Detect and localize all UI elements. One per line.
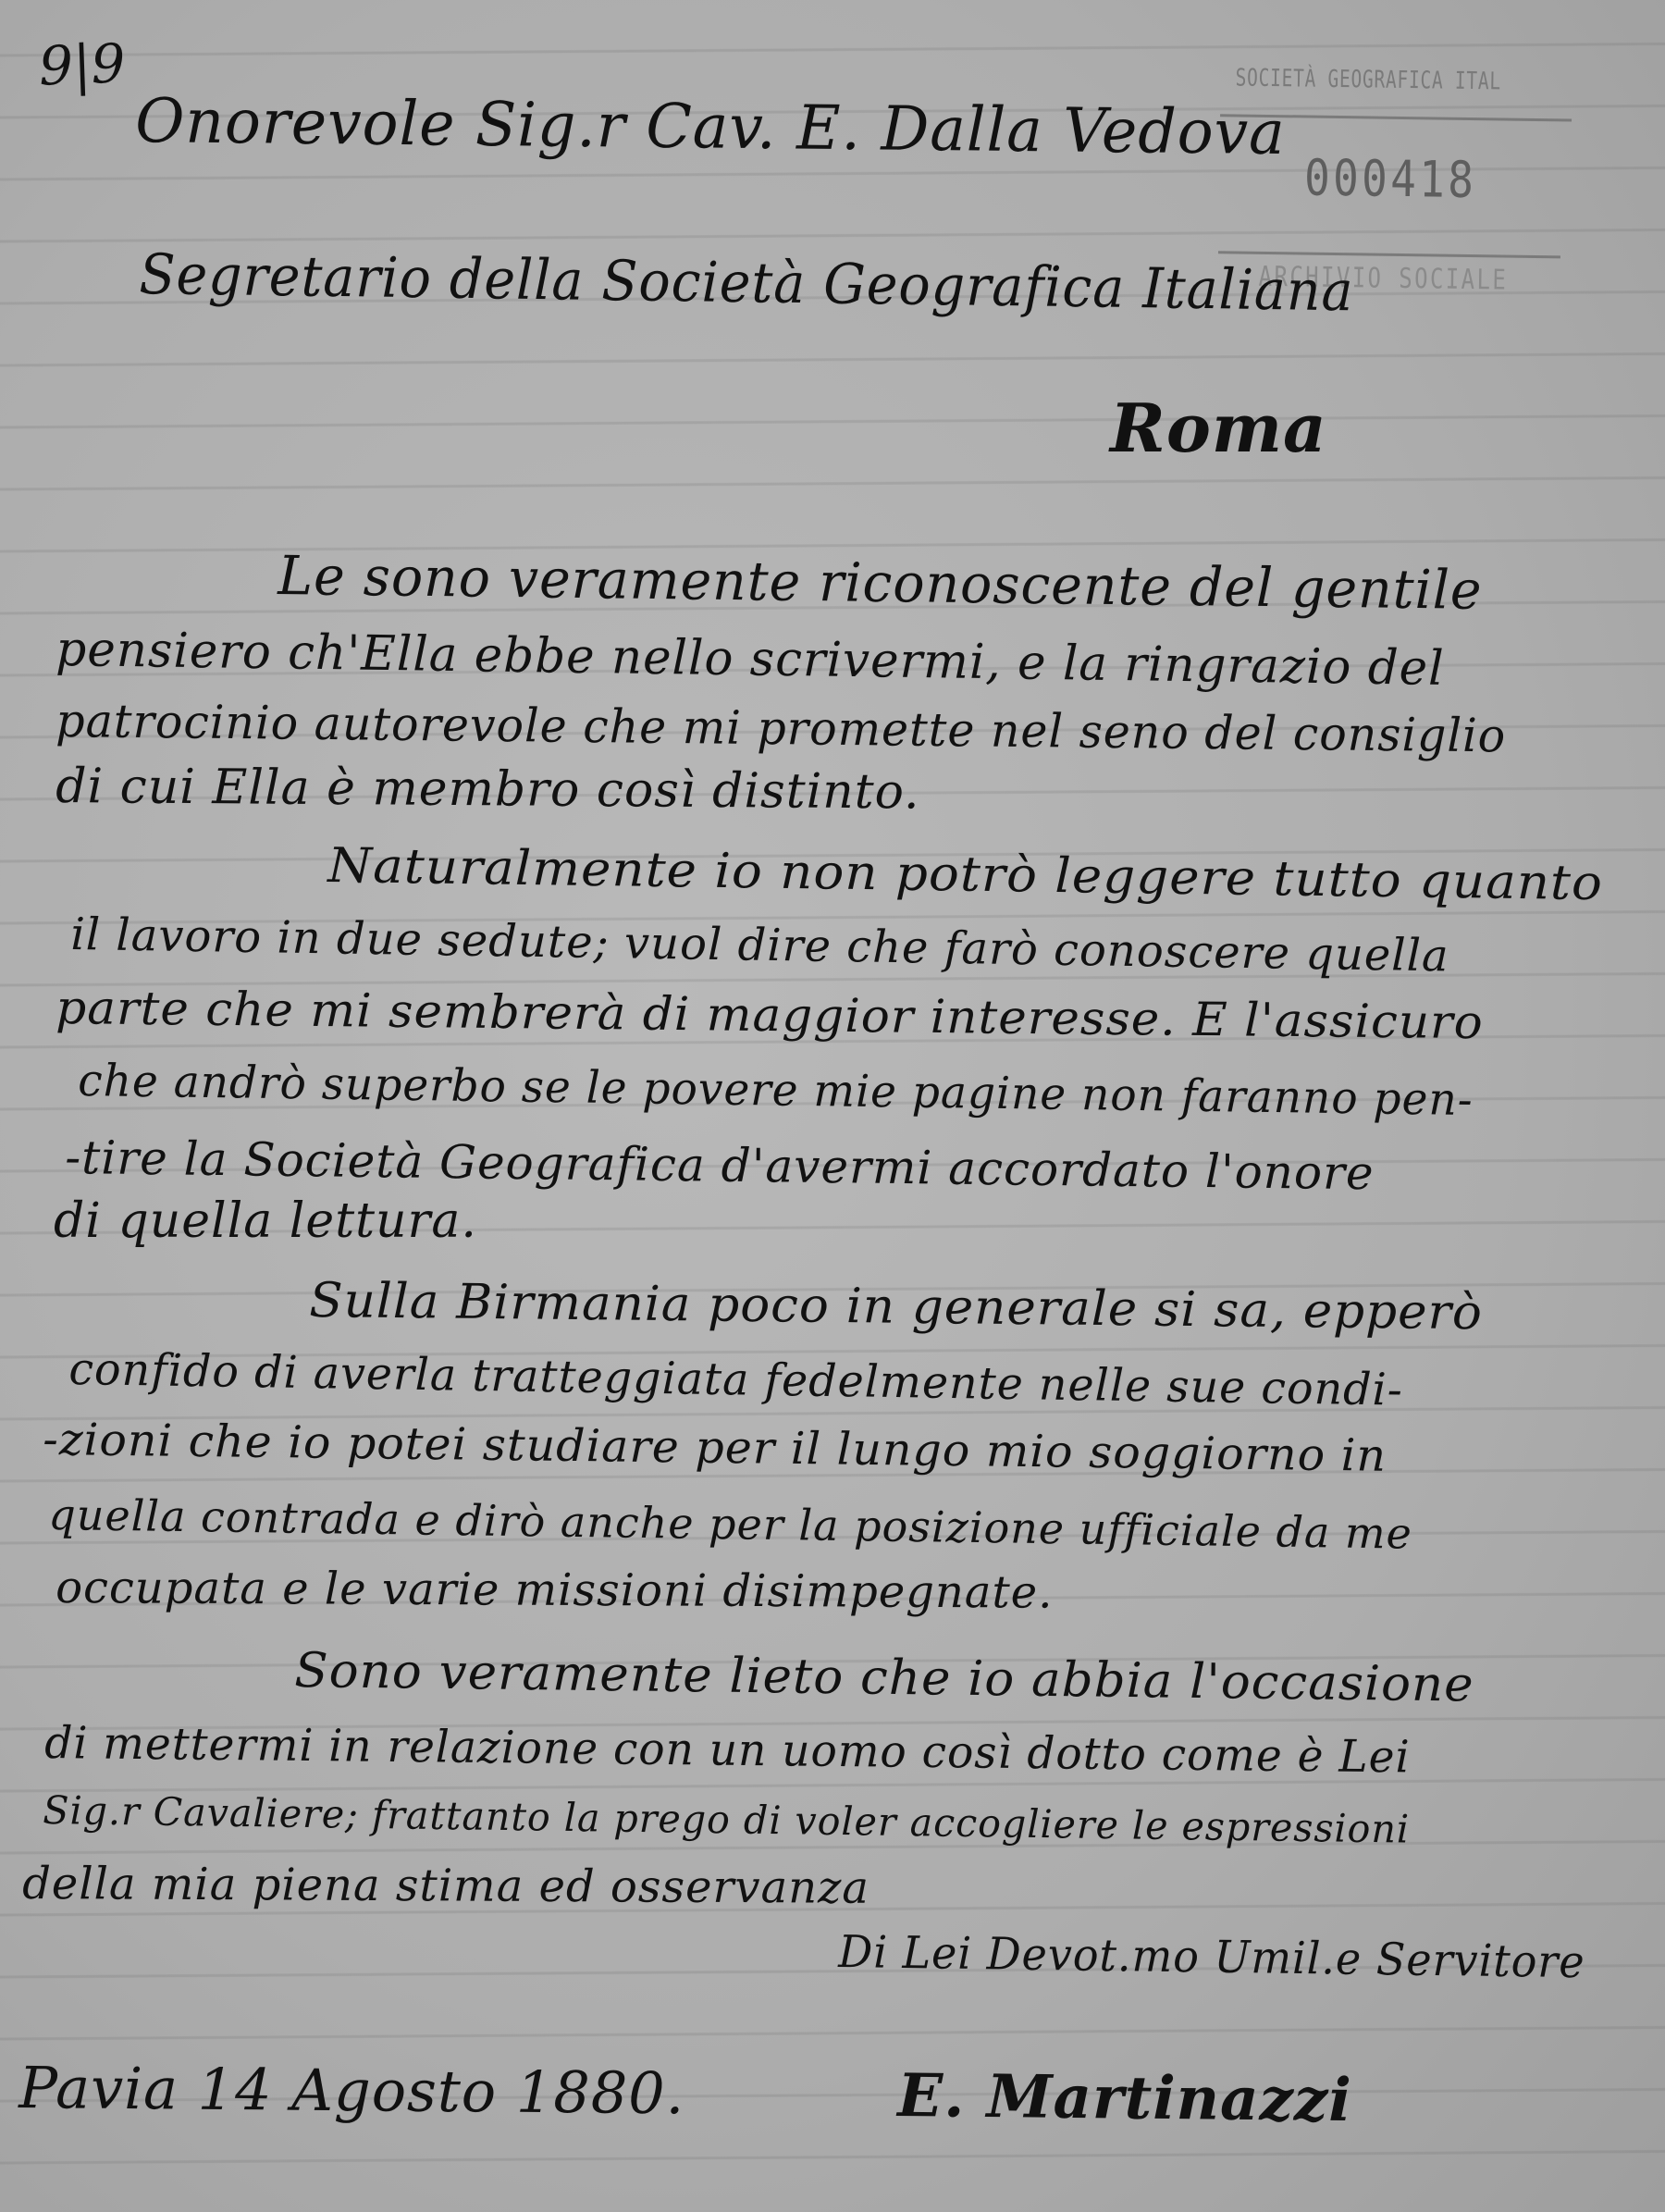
address-line-recipient: Onorevole Sig.r Cav. E. Dalla Vedova <box>135 85 1286 168</box>
valediction: Di Lei Devot.mo Umil.e Servitore <box>838 1926 1585 1988</box>
body-line: Le sono veramente riconoscente del genti… <box>277 544 1483 622</box>
body-line: che andrò superbo se le povere mie pagin… <box>78 1055 1474 1126</box>
body-line: della mia piena stima ed osservanza <box>22 1858 869 1914</box>
body-line: pensiero ch'Ella ebbe nello scrivermi, e… <box>55 622 1445 697</box>
body-line: il lavoro in due sedute; vuol dire che f… <box>70 908 1449 982</box>
body-line: parte che mi sembrerà di maggior interes… <box>55 981 1484 1049</box>
body-line: di quella lettura. <box>54 1193 477 1249</box>
body-line: Sulla Birmania poco in generale si sa, e… <box>309 1273 1483 1341</box>
body-line: di cui Ella è membro così distinto. <box>55 759 920 821</box>
body-line: Sig.r Cavaliere; frattanto la prego di v… <box>43 1787 1410 1852</box>
body-line: Naturalmente io non potrò leggere tutto … <box>327 838 1603 911</box>
stamp-society-name: SOCIETÀ GEOGRAFICA ITAL <box>1235 64 1501 95</box>
body-line: quella contrada e dirò anche per la posi… <box>48 1489 1412 1559</box>
letter-page: 9|9 SOCIETÀ GEOGRAFICA ITAL 000418 ARCHI… <box>0 0 1665 2212</box>
body-line: -zioni che io potei studiare per il lung… <box>43 1414 1387 1482</box>
folio-mark: 9|9 <box>38 31 127 97</box>
signature: E. Martinazzi <box>897 2061 1352 2135</box>
body-line: patrocinio autorevole che mi promette ne… <box>55 694 1506 762</box>
body-line: di mettermi in relazione con un uomo cos… <box>44 1717 1411 1783</box>
address-place: Roma <box>1110 389 1327 467</box>
address-line-title: Segretario della Società Geografica Ital… <box>139 242 1354 324</box>
body-line: occupata e le varie missioni disimpegnat… <box>55 1562 1054 1619</box>
body-line: confido di averla tratteggiata fedelment… <box>68 1343 1403 1416</box>
stamp-archive-number: 000418 <box>1304 148 1477 209</box>
place-and-date: Pavia 14 Agosto 1880. <box>18 2054 685 2127</box>
body-line: -tire la Società Geografica d'avermi acc… <box>65 1131 1375 1200</box>
body-line: Sono veramente lieto che io abbia l'occa… <box>294 1643 1474 1713</box>
